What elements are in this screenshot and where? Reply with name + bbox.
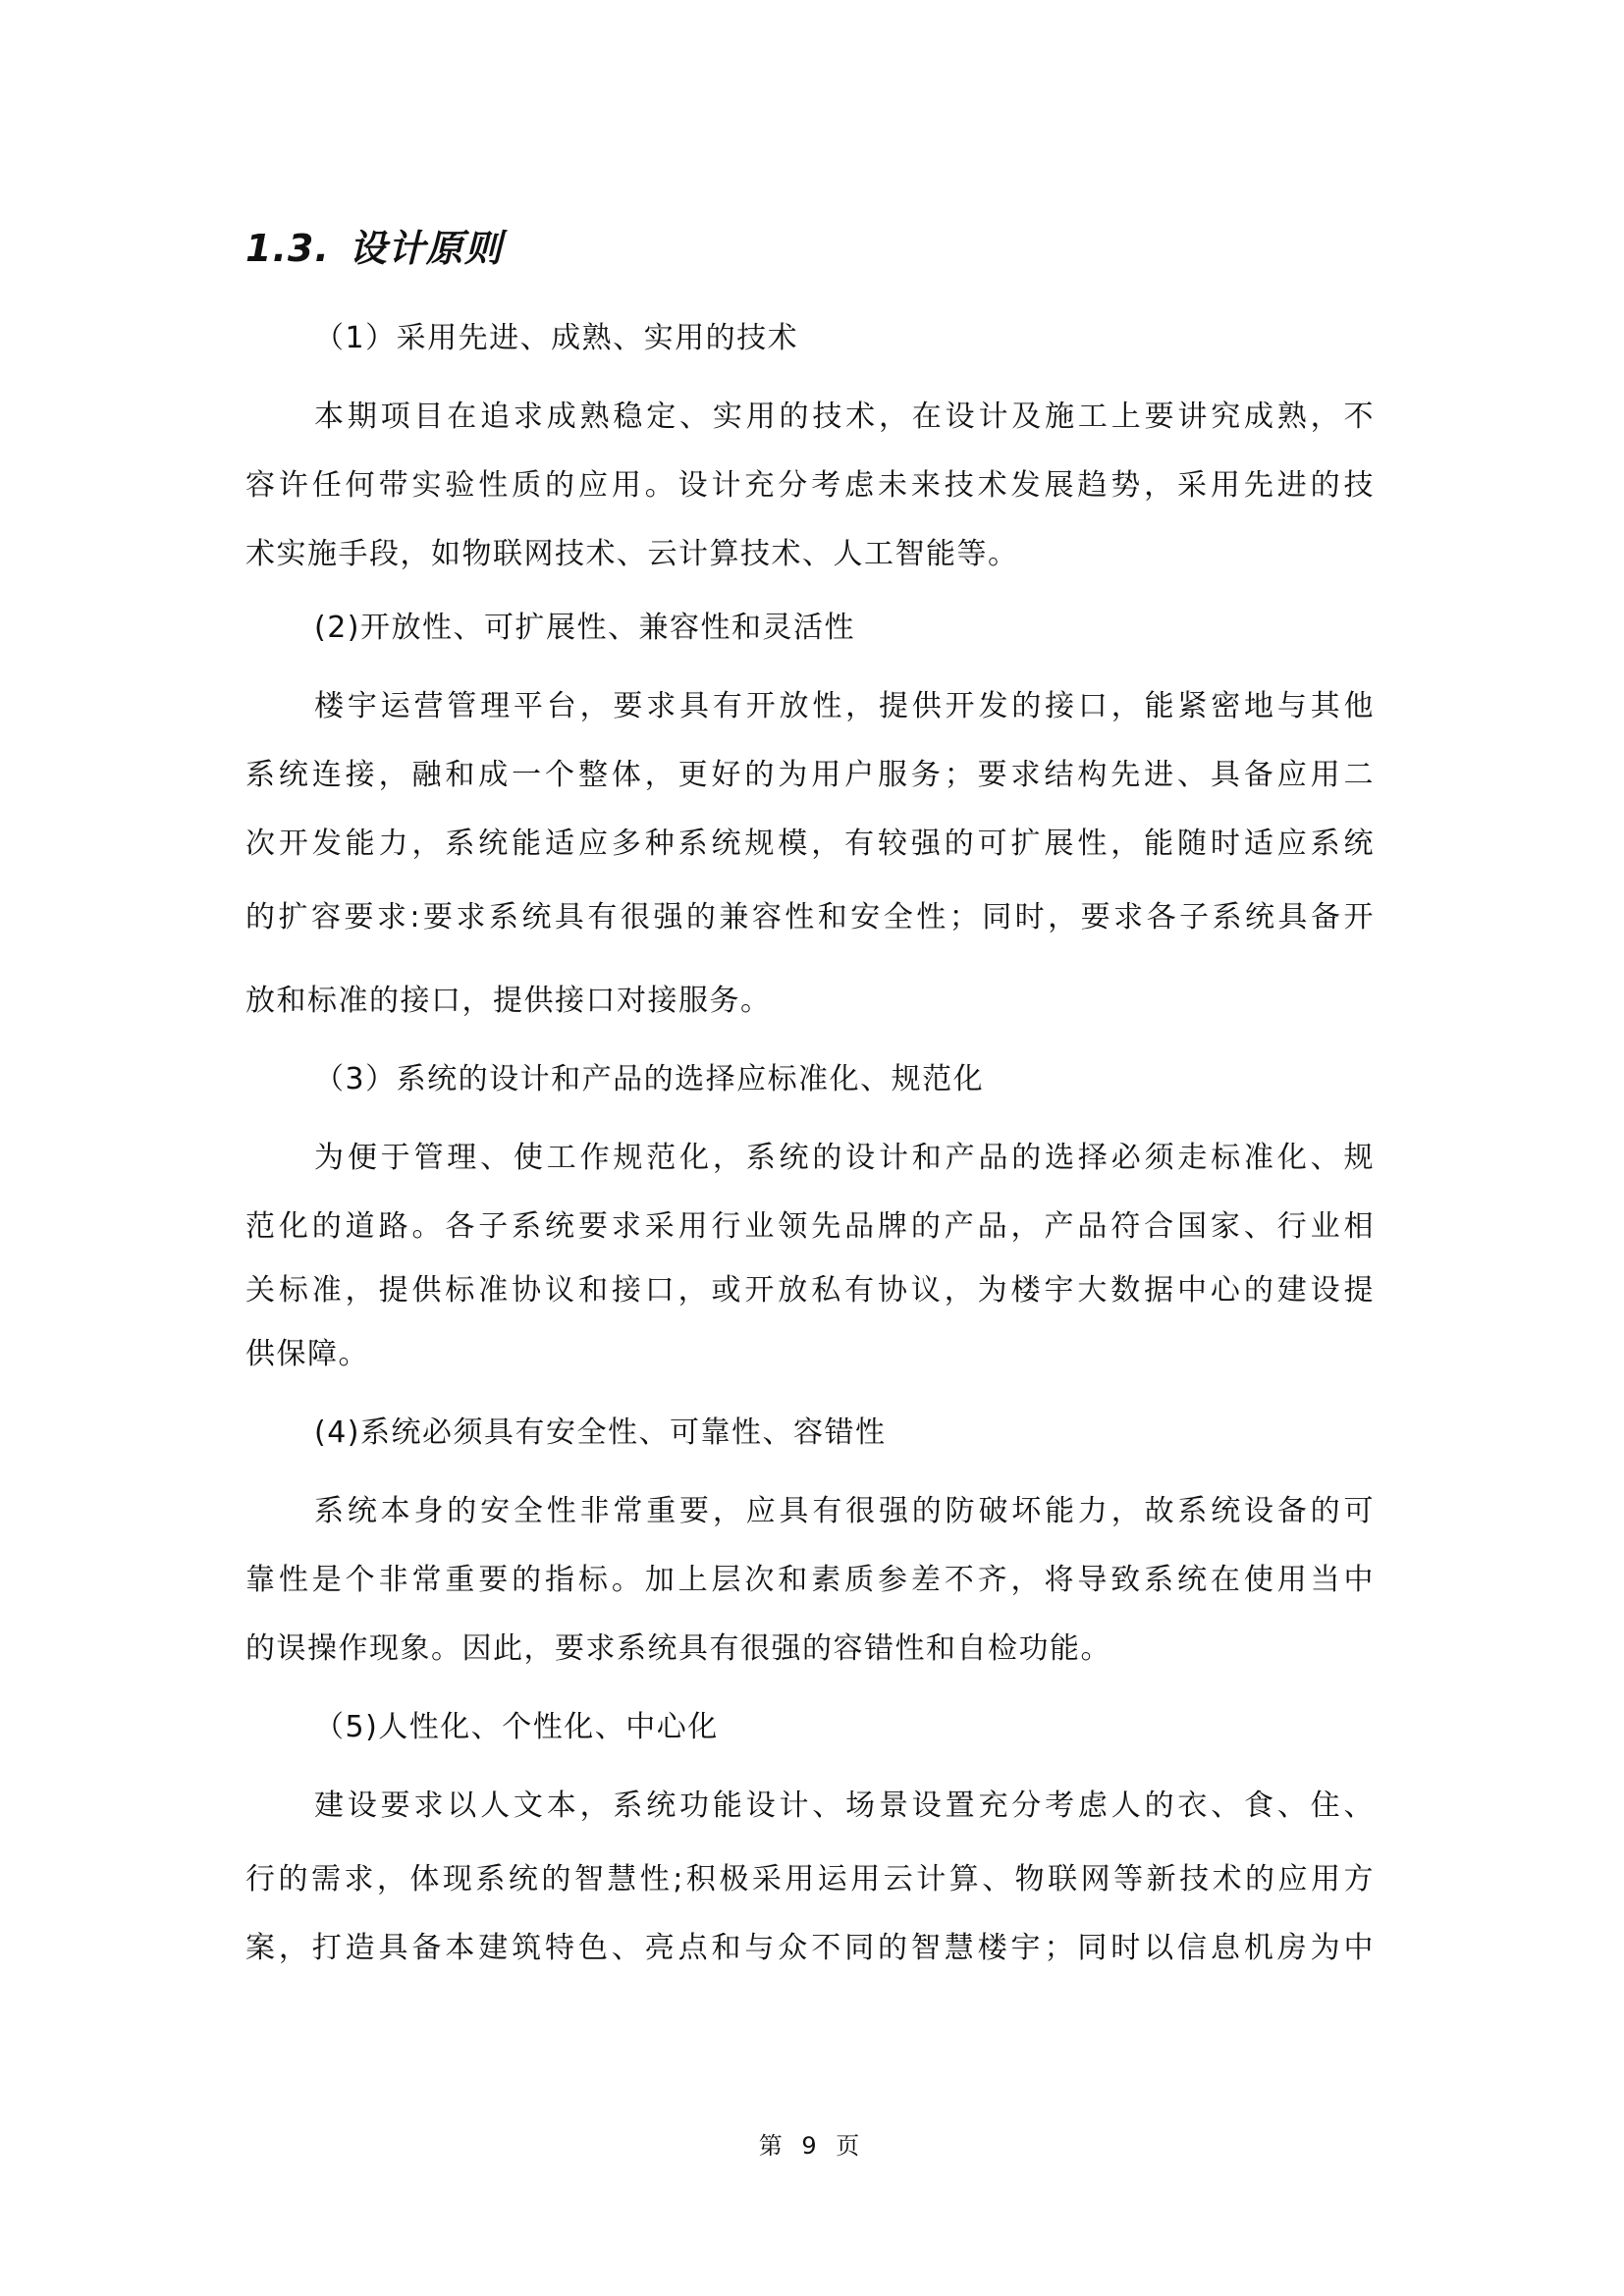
- paragraph-line: 的扩容要求:要求系统具有很强的兼容性和安全性；同时，要求各子系统具备开: [245, 900, 1375, 935]
- paragraph-line: 放和标准的接口，提供接口对接服务。: [245, 984, 772, 1019]
- item-heading-4: (4)系统必须具有安全性、可靠性、容错性: [314, 1415, 887, 1451]
- section-title-text: 设计原则: [350, 227, 503, 270]
- item-heading-2: (2)开放性、可扩展性、兼容性和灵活性: [314, 611, 855, 646]
- page-number: 第 9 页: [0, 2126, 1624, 2161]
- paragraph-line: 楼宇运营管理平台，要求具有开放性，提供开发的接口，能紧密地与其他: [314, 689, 1375, 724]
- item-heading-5: （5)人性化、个性化、中心化: [314, 1710, 719, 1745]
- paragraph-line: 关标准，提供标准协议和接口，或开放私有协议，为楼宇大数据中心的建设提: [245, 1273, 1375, 1308]
- paragraph-line: 建设要求以人文本，系统功能设计、场景设置充分考虑人的衣、食、住、: [314, 1789, 1375, 1824]
- item-heading-1: （1）采用先进、成熟、实用的技术: [314, 321, 798, 356]
- item-heading-3: （3）系统的设计和产品的选择应标准化、规范化: [314, 1062, 984, 1097]
- paragraph-line: 系统连接，融和成一个整体，更好的为用户服务；要求结构先进、具备应用二: [245, 758, 1375, 793]
- paragraph-line: 案，打造具备本建筑特色、亮点和与众不同的智慧楼宇；同时以信息机房为中: [245, 1931, 1375, 1966]
- paragraph-line: 为便于管理、使工作规范化，系统的设计和产品的选择必须走标准化、规: [314, 1141, 1375, 1176]
- section-title: 1.3.设计原则: [245, 218, 503, 272]
- section-number: 1.3.: [245, 227, 330, 270]
- paragraph-line: 次开发能力，系统能适应多种系统规模，有较强的可扩展性，能随时适应系统: [245, 827, 1375, 862]
- paragraph-line: 供保障。: [245, 1337, 369, 1372]
- paragraph-line: 本期项目在追求成熟稳定、实用的技术，在设计及施工上要讲究成熟，不: [314, 400, 1375, 435]
- paragraph-line: 术实施手段，如物联网技术、云计算技术、人工智能等。: [245, 537, 1019, 572]
- paragraph-line: 的误操作现象。因此，要求系统具有很强的容错性和自检功能。: [245, 1631, 1111, 1667]
- paragraph-line: 系统本身的安全性非常重要，应具有很强的防破坏能力，故系统设备的可: [314, 1494, 1375, 1529]
- paragraph-line: 行的需求，体现系统的智慧性;积极采用运用云计算、物联网等新技术的应用方: [245, 1862, 1375, 1897]
- paragraph-line: 范化的道路。各子系统要求采用行业领先品牌的产品，产品符合国家、行业相: [245, 1209, 1375, 1245]
- paragraph-line: 容许任何带实验性质的应用。设计充分考虑未来技术发展趋势，采用先进的技: [245, 468, 1375, 504]
- paragraph-line: 靠性是个非常重要的指标。加上层次和素质参差不齐，将导致系统在使用当中: [245, 1563, 1375, 1598]
